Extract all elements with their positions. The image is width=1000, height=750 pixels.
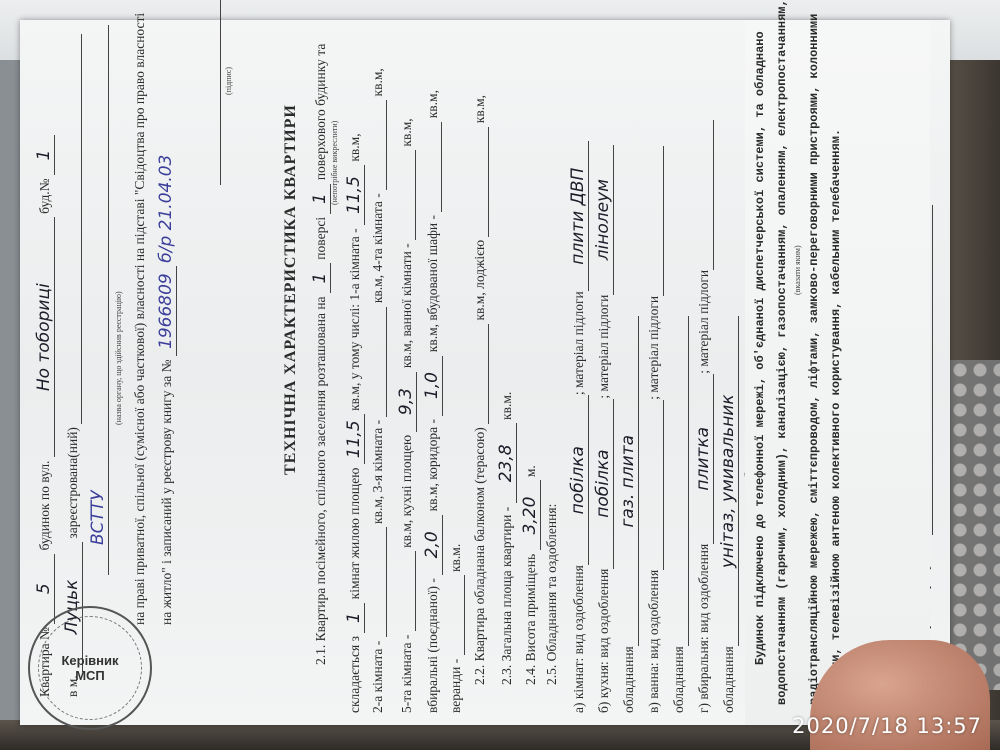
s2-4-line: 2.4. Висота приміщень 3,20 м. — [520, 20, 541, 685]
floor-material: лінолеум — [593, 145, 614, 295]
finish-row: обладнаннягаз. плита — [618, 20, 639, 713]
s2-3-line: 2.3. Загальна площа квартири - 23,8 кв.м… — [496, 20, 517, 685]
building-number: 1 — [34, 135, 55, 175]
s2-5-title: 2.5. Обладнання та оздоблення: — [544, 20, 560, 685]
finish-value: газ. плита — [618, 316, 639, 646]
floor-material — [693, 120, 714, 270]
s2-1-line5: вбиральні (поєднаної) - 2,0 кв.м, коридо… — [422, 20, 443, 713]
finish-row: обладнанняунітаз, умивальник — [718, 20, 739, 713]
utilities-line-1: Будинок підключено до телефонної мережі,… — [753, 20, 767, 665]
finish-row: г) вбиральня: вид оздобленняплитка; мате… — [693, 20, 714, 713]
s2-1-line3: 2-а кімната - кв.м, 3-я кімната - кв.м, … — [370, 20, 387, 713]
registered-by-line: ВСТТУ — [88, 20, 109, 575]
finish-row: б) кухня: вид оздобленняпобілка; матеріа… — [593, 20, 614, 713]
ownership-text: на праві приватної, спільної (сумісної а… — [132, 20, 148, 625]
floor-material: плити ДВП — [568, 141, 589, 291]
register-number: 1966809 — [156, 266, 177, 356]
finish-value: побілка — [568, 395, 589, 565]
finish-value: унітаз, умивальник — [718, 316, 739, 646]
s2-1-line6: веранди - кв.м. — [448, 20, 465, 713]
signature-caption: (підпис) — [224, 20, 233, 95]
floor-material — [643, 146, 664, 296]
finish-value: побілка — [593, 399, 614, 569]
utilities-block: Будинок підключено до телефонної мережі,… — [745, 20, 930, 725]
finish-row: обладнання — [668, 20, 689, 713]
register-line: на житло" і записаний у реєстрову книгу … — [156, 20, 177, 625]
registered-caption: (назва органу, що здійснив реєстрацію) — [114, 20, 123, 425]
s2-1-line1: 2.1. Квартира посімейного, спільного зас… — [310, 20, 331, 665]
finish-value — [668, 316, 689, 646]
street-name: Но тобориці — [34, 217, 55, 457]
official-stamp: Керівник МСП — [28, 606, 152, 730]
apartment-line: Квартира № 5 будинок по вул. Но тобориці… — [34, 20, 55, 697]
finish-row: а) кімнат: вид оздобленняпобілка; матері… — [568, 20, 589, 713]
ceiling-height: 3,20 — [520, 481, 541, 551]
utilities-line-2: водопостачанням (гарячим, холодним), кан… — [775, 20, 789, 705]
s2-1-line4: 5-та кімната - кв.м, кухні площею 9,3 кв… — [396, 20, 417, 713]
register-date: б/р 21.04.03 — [156, 155, 176, 263]
finish-value: плитка — [693, 374, 714, 544]
total-area: 23,8 — [496, 423, 517, 503]
apartment-number: 5 — [34, 554, 55, 624]
photo-timestamp: 2020/7/18 13:57 — [792, 714, 982, 738]
utilities-line-4: замками, телевізійною антеною колективно… — [829, 20, 843, 705]
utilities-line-3: радіотрансляційною мережею, сміттєпровод… — [807, 20, 821, 705]
city-line: в м. Луцьк зареєстрована(ний) — [62, 20, 83, 697]
registered-by: ВСТТУ — [88, 25, 109, 575]
s2-1-line2: складається з 1 кімнат жилою площею 11,5… — [344, 20, 365, 713]
finish-row: в) ванна: вид оздоблення ; матеріал підл… — [643, 20, 664, 713]
finish-value — [643, 400, 664, 570]
s2-2-line: 2.2. Квартира обладнана балконом (терасо… — [472, 20, 489, 685]
signature-line — [220, 0, 221, 185]
section-title: ТЕХНІЧНА ХАРАКТЕРИСТИКА КВАРТИРИ — [282, 20, 300, 475]
